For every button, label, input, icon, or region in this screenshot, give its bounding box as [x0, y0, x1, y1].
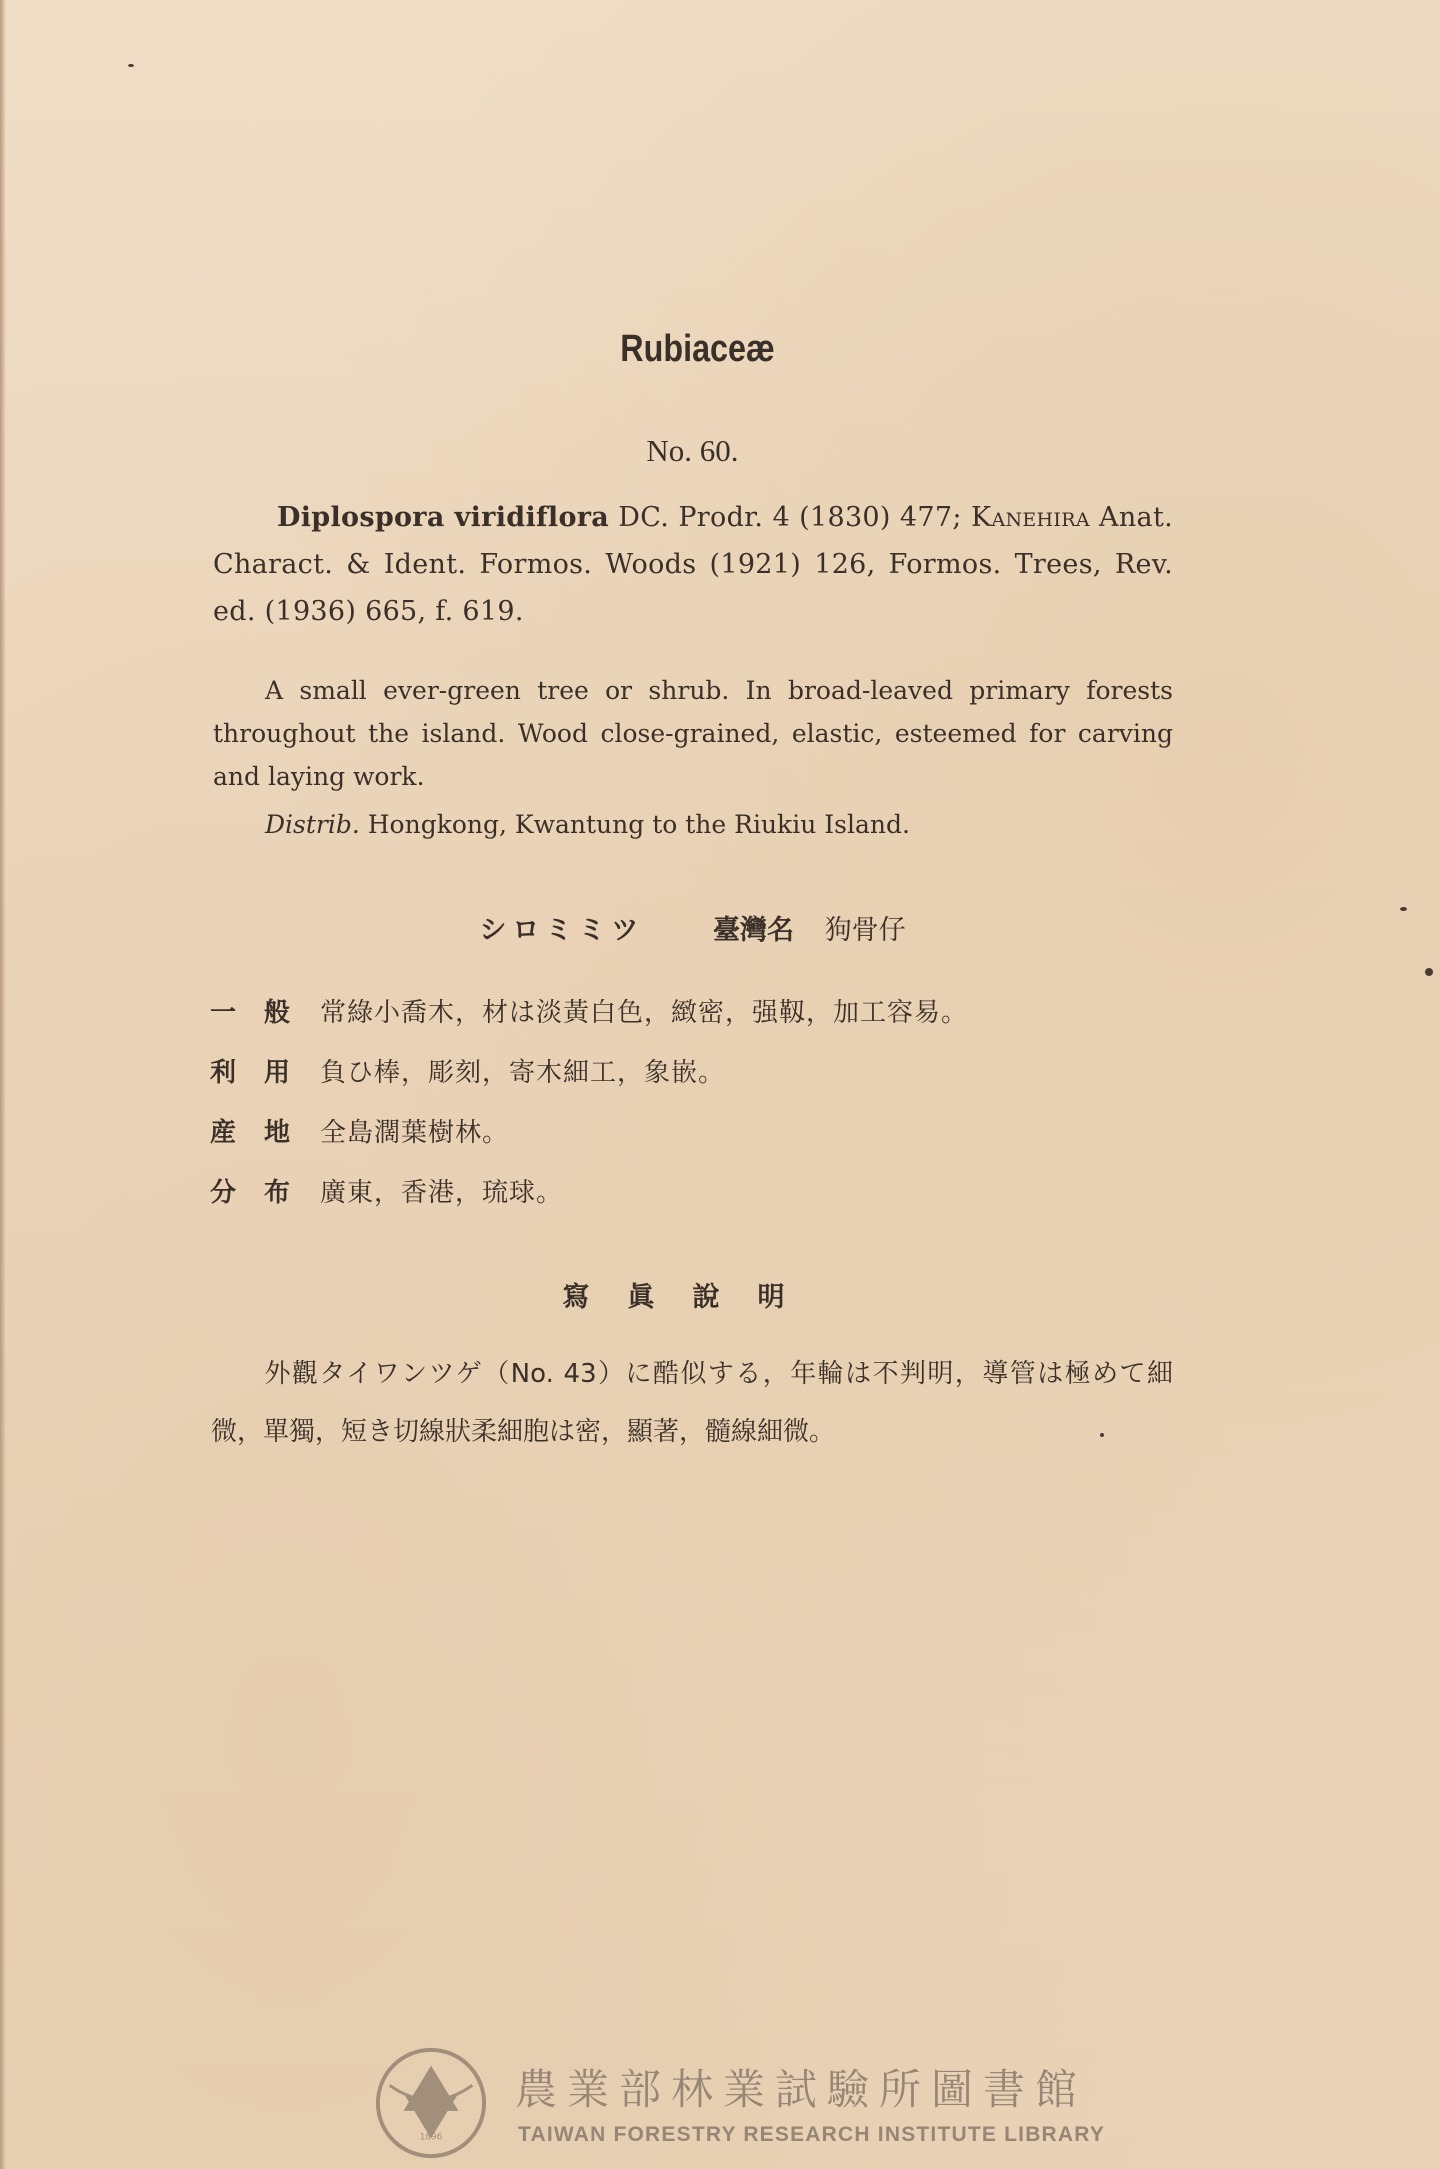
distrib-text: Hongkong, Kwantung to the Riukiu Island.	[360, 810, 910, 839]
paper-speck	[128, 64, 134, 67]
family-title: Rubiaceæ	[105, 328, 1291, 371]
taiwan-name-label: 臺灣名	[713, 915, 794, 946]
photo-explanation-text: 外觀タイワンツゲ（No. 43）に酷似する，年輪は不判明，導管は極めて細微，單獨…	[211, 1345, 1173, 1461]
institute-logo-icon: 1896	[372, 2044, 490, 2162]
logo-year: 1896	[420, 2132, 443, 2142]
property-key: 利用	[210, 1052, 320, 1089]
citation-part-1: DC. Prodr. 4 (1830) 477;	[609, 502, 971, 533]
property-key: 分布	[210, 1172, 320, 1209]
citation-paragraph: Diplospora viridiflora DC. Prodr. 4 (183…	[213, 494, 1173, 635]
property-value: 常綠小喬木，材は淡黃白色，緻密，强靱，加工容易。	[320, 992, 968, 1029]
citation-author: Kanehira	[971, 502, 1090, 533]
photo-explanation-heading: 寫眞說明	[0, 1275, 1385, 1314]
description-text: A small ever-green tree or shrub. In bro…	[213, 676, 1173, 791]
property-row-general: 一般 常綠小喬木，材は淡黃白色，緻密，强靱，加工容易。	[210, 980, 1170, 1040]
library-name-english: TAIWAN FORESTRY RESEARCH INSTITUTE LIBRA…	[518, 2123, 1105, 2147]
japanese-name-line: シロミミツ 臺灣名 狗骨仔	[0, 908, 1385, 947]
property-row-distribution: 分布 廣東，香港，琉球。	[210, 1160, 1170, 1220]
paper-speck	[1425, 968, 1433, 976]
paper-speck	[1100, 1433, 1104, 1437]
property-row-use: 利用 負ひ棒，彫刻，寄木細工，象嵌。	[210, 1040, 1170, 1100]
property-key: 産地	[210, 1112, 320, 1149]
property-row-habitat: 産地 全島濶葉樹林。	[210, 1100, 1170, 1160]
property-key: 一般	[210, 992, 320, 1029]
species-number: No. 60.	[0, 433, 1385, 469]
property-value: 全島濶葉樹林。	[320, 1112, 509, 1149]
property-value: 廣東，香港，琉球。	[320, 1172, 563, 1209]
japanese-kana-name: シロミミツ	[479, 915, 644, 946]
property-value: 負ひ棒，彫刻，寄木細工，象嵌。	[320, 1052, 725, 1089]
description-paragraph: A small ever-green tree or shrub. In bro…	[213, 669, 1173, 798]
library-name-chinese: 農業部林業試驗所圖書館	[515, 2057, 1087, 2117]
english-description: A small ever-green tree or shrub. In bro…	[213, 669, 1173, 846]
document-page: Rubiaceæ No. 60. Diplospora viridiflora …	[0, 0, 1440, 2169]
paper-speck	[1400, 907, 1407, 911]
distrib-label: Distrib.	[265, 810, 360, 839]
japanese-property-list: 一般 常綠小喬木，材は淡黃白色，緻密，强靱，加工容易。 利用 負ひ棒，彫刻，寄木…	[210, 980, 1170, 1220]
taiwan-name: 狗骨仔	[825, 915, 906, 946]
species-name: Diplospora viridiflora	[277, 502, 609, 533]
photo-explanation-body: 外觀タイワンツゲ（No. 43）に酷似する，年輪は不判明，導管は極めて細微，單獨…	[211, 1359, 1173, 1447]
distribution-paragraph: Distrib. Hongkong, Kwantung to the Riuki…	[213, 803, 1173, 846]
